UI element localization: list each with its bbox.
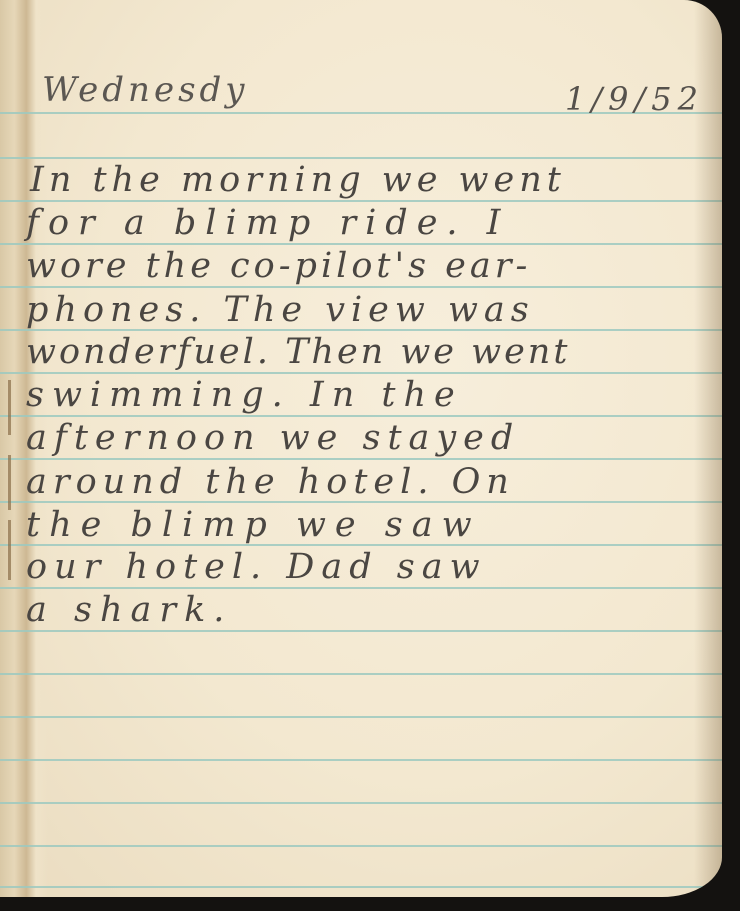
diary-line: In the morning we went: [30, 160, 566, 200]
diary-line: around the hotel. On: [26, 462, 515, 502]
ruled-line: [0, 458, 722, 460]
ruled-line: [0, 587, 722, 589]
ruled-line: [0, 886, 722, 888]
ruled-line: [0, 157, 722, 159]
diary-line: swimming. In the: [26, 375, 463, 415]
binding-stitch: [8, 455, 11, 510]
ruled-line: [0, 200, 722, 202]
diary-date: 1/9/52: [565, 80, 704, 118]
diary-line: our hotel. Dad saw: [26, 547, 487, 587]
notebook-page: Wednesdy 1/9/52 In the morning we went f…: [0, 0, 722, 897]
ruled-line: [0, 630, 722, 632]
binding-stitch: [8, 380, 11, 435]
diary-line: wonderfuel. Then we went: [26, 332, 570, 372]
diary-line: a shark.: [26, 590, 232, 630]
ruled-line: [0, 673, 722, 675]
ruled-line: [0, 372, 722, 374]
binding-stitch: [8, 520, 11, 580]
diary-line: wore the co-pilot's ear-: [26, 246, 531, 286]
ruled-line: [0, 415, 722, 417]
ruled-line: [0, 845, 722, 847]
diary-line: phones. The view was: [26, 290, 535, 330]
ruled-line: [0, 243, 722, 245]
diary-line: for a blimp ride. I: [26, 203, 510, 243]
ruled-line: [0, 716, 722, 718]
ruled-line: [0, 802, 722, 804]
diary-line: afternoon we stayed: [26, 418, 520, 458]
ruled-line: [0, 759, 722, 761]
diary-line: the blimp we saw: [26, 505, 481, 545]
ruled-line: [0, 286, 722, 288]
diary-day-heading: Wednesdy: [42, 70, 249, 110]
